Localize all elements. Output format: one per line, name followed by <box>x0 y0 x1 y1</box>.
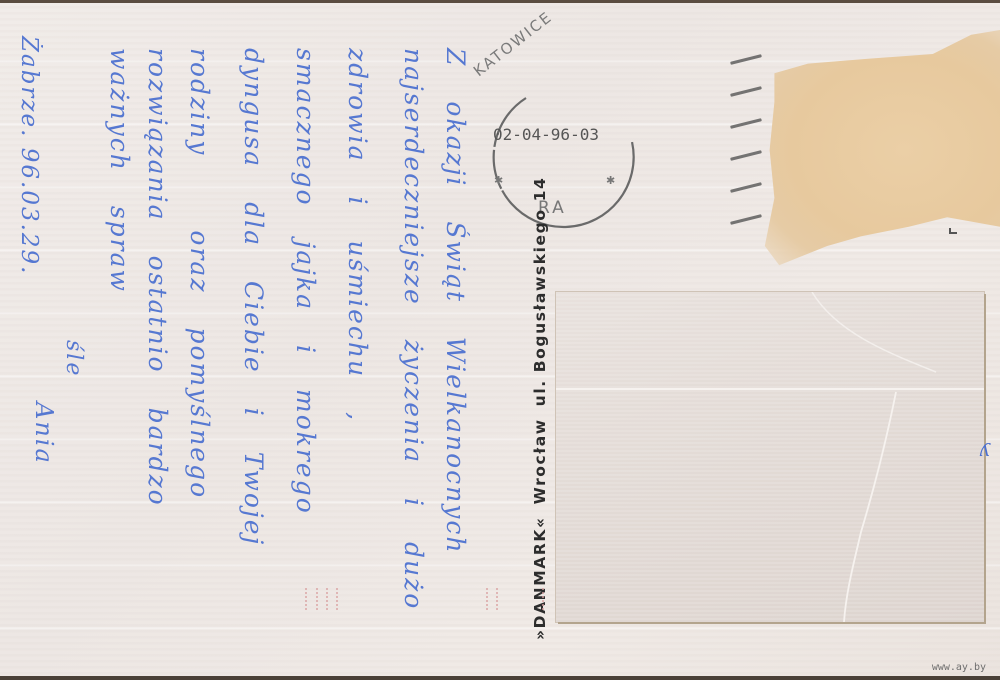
handwriting-line-4: smacznegojajkaimokrego <box>291 48 320 549</box>
address-guide-tick <box>486 588 488 612</box>
publisher-city: Wrocław <box>531 418 549 504</box>
publisher-name: »DANMARK« <box>531 516 549 640</box>
handwriting-line-6: rodzinyorazpomyślnego <box>185 48 214 533</box>
handwriting-line-5: dyngusadlaCiebieiTwojej <box>239 48 268 580</box>
address-guide-tick <box>326 588 328 612</box>
postmark-date: 02-04-96-03 <box>493 125 599 144</box>
edge-ink-marks: ʎ <box>980 440 990 461</box>
address-paper-patch <box>556 292 984 622</box>
postcard-back: ZokazjiŚwiątWielkanocnych najserdeczniej… <box>0 0 1000 680</box>
cancellation-bar <box>730 54 762 65</box>
address-guide-tick <box>542 588 544 612</box>
cancellation-bar <box>730 150 762 161</box>
watermark: www.ay.by <box>932 662 986 673</box>
svg-text:✱: ✱ <box>606 174 615 187</box>
cancellation-bar <box>730 118 762 129</box>
handwriting-line-8: ważnychspraw <box>105 48 134 327</box>
postmark-city: KATOWICE <box>470 8 556 81</box>
address-guide-tick <box>496 588 498 612</box>
handwriting-closing-1: śle <box>61 340 86 411</box>
svg-text:✱: ✱ <box>494 174 503 187</box>
handwriting-signature: Ania <box>30 402 58 499</box>
publisher-address: ul. Bogusławskiego 14 <box>531 177 549 407</box>
handwriting-line-1: ZokazjiŚwiątWielkanocnych <box>441 48 470 588</box>
handwriting-line-7: rozwiązaniaostatniobardzo <box>143 48 172 541</box>
patch-crease <box>556 292 984 622</box>
cancellation-bar <box>730 182 762 193</box>
address-guide-tick <box>316 588 318 612</box>
handwriting-date-line: Żabrze. 96.03.29. <box>16 36 42 310</box>
cancellation-bar <box>730 86 762 97</box>
publisher-imprint: »DANMARK«Wrocławul. Bogusławskiego 14 <box>531 177 549 640</box>
corner-mark <box>949 228 957 234</box>
address-guide-tick <box>336 588 338 612</box>
handwriting-line-3: zdrowiaiuśmiechu, <box>343 48 372 456</box>
removed-stamp-residue <box>760 30 1000 270</box>
cancellation-bar <box>730 214 762 225</box>
handwriting-line-2: najserdeczniejszeżyczeniaidużo <box>399 48 428 644</box>
address-guide-tick <box>305 588 307 612</box>
top-edge <box>0 0 1000 3</box>
